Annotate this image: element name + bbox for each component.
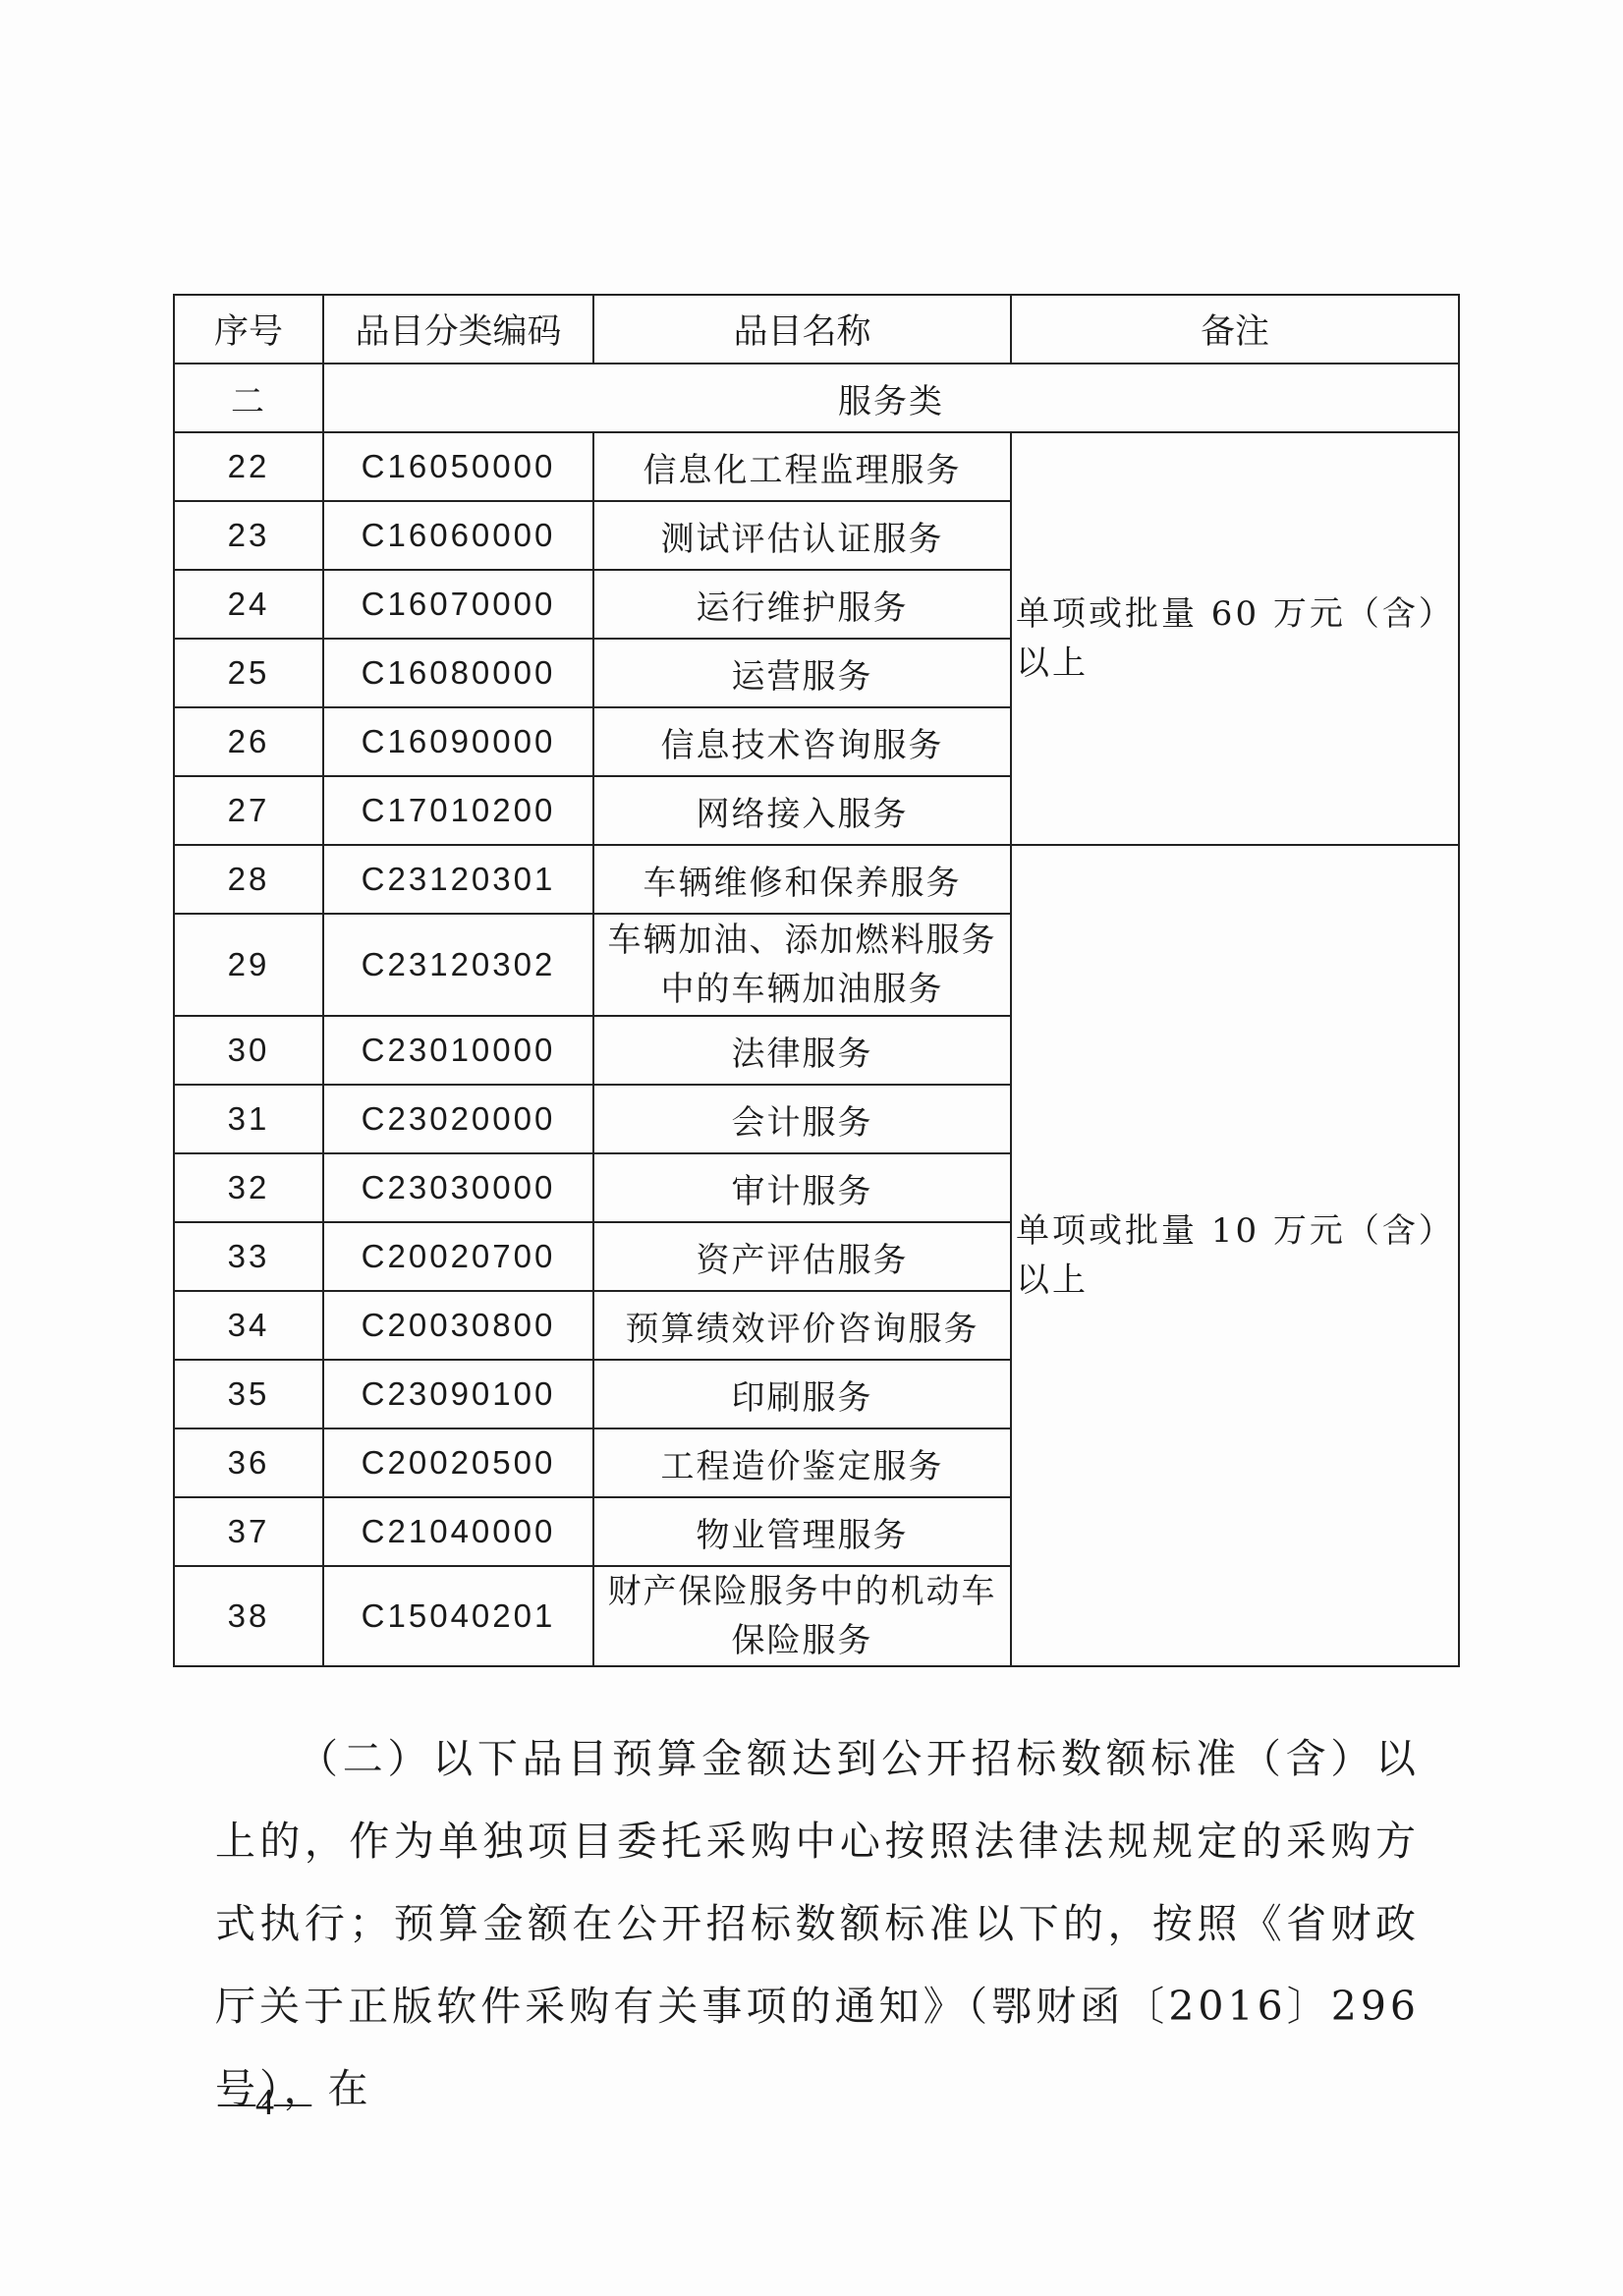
- row-name: 印刷服务: [593, 1360, 1011, 1428]
- header-category-code: 品目分类编码: [323, 295, 593, 364]
- row-serial: 32: [174, 1153, 323, 1222]
- row-name: 资产评估服务: [593, 1222, 1011, 1291]
- row-code: C23090100: [323, 1360, 593, 1428]
- row-name: 工程造价鉴定服务: [593, 1428, 1011, 1497]
- row-serial: 36: [174, 1428, 323, 1497]
- row-serial: 29: [174, 914, 323, 1016]
- row-code: C23120302: [323, 914, 593, 1016]
- row-name: 会计服务: [593, 1085, 1011, 1153]
- section-row: 二 服务类: [174, 364, 1459, 432]
- row-name: 车辆维修和保养服务: [593, 845, 1011, 914]
- row-name: 信息化工程监理服务: [593, 432, 1011, 501]
- row-name: 信息技术咨询服务: [593, 707, 1011, 776]
- row-serial: 38: [174, 1566, 323, 1666]
- row-serial: 35: [174, 1360, 323, 1428]
- row-name: 财产保险服务中的机动车保险服务: [593, 1566, 1011, 1666]
- body-paragraph: （二）以下品目预算金额达到公开招标数额标准（含）以上的，作为单独项目委托采购中心…: [215, 1717, 1420, 2130]
- row-name: 车辆加油、添加燃料服务中的车辆加油服务: [593, 914, 1011, 1016]
- row-name: 法律服务: [593, 1016, 1011, 1085]
- row-code: C23120301: [323, 845, 593, 914]
- section-index: 二: [174, 364, 323, 432]
- row-serial: 28: [174, 845, 323, 914]
- row-serial: 22: [174, 432, 323, 501]
- row-name: 预算绩效评价咨询服务: [593, 1291, 1011, 1360]
- row-serial: 33: [174, 1222, 323, 1291]
- row-name: 审计服务: [593, 1153, 1011, 1222]
- page-number: —4—: [218, 2081, 311, 2124]
- row-serial: 26: [174, 707, 323, 776]
- row-code: C20020700: [323, 1222, 593, 1291]
- procurement-items-table: 序号 品目分类编码 品目名称 备注 二 服务类 22 C16050000 信息化…: [173, 294, 1460, 1667]
- row-serial: 37: [174, 1497, 323, 1566]
- header-serial: 序号: [174, 295, 323, 364]
- row-serial: 24: [174, 570, 323, 639]
- row-code: C16060000: [323, 501, 593, 570]
- row-serial: 31: [174, 1085, 323, 1153]
- row-serial: 30: [174, 1016, 323, 1085]
- table-header-row: 序号 品目分类编码 品目名称 备注: [174, 295, 1459, 364]
- row-code: C15040201: [323, 1566, 593, 1666]
- row-name: 测试评估认证服务: [593, 501, 1011, 570]
- document-page: 序号 品目分类编码 品目名称 备注 二 服务类 22 C16050000 信息化…: [0, 0, 1623, 2296]
- section-title: 服务类: [323, 364, 1459, 432]
- row-code: C23030000: [323, 1153, 593, 1222]
- group-note: 单项或批量 10 万元（含）以上: [1011, 845, 1459, 1666]
- paragraph-text: （二）以下品目预算金额达到公开招标数额标准（含）以上的，作为单独项目委托采购中心…: [215, 1717, 1420, 2130]
- row-code: C23020000: [323, 1085, 593, 1153]
- row-code: C16050000: [323, 432, 593, 501]
- header-item-name: 品目名称: [593, 295, 1011, 364]
- row-serial: 27: [174, 776, 323, 845]
- group-note: 单项或批量 60 万元（含）以上: [1011, 432, 1459, 845]
- header-remarks: 备注: [1011, 295, 1459, 364]
- row-serial: 34: [174, 1291, 323, 1360]
- table-row: 28 C23120301 车辆维修和保养服务 单项或批量 10 万元（含）以上: [174, 845, 1459, 914]
- row-code: C20020500: [323, 1428, 593, 1497]
- row-code: C16080000: [323, 639, 593, 707]
- row-name: 运营服务: [593, 639, 1011, 707]
- row-code: C20030800: [323, 1291, 593, 1360]
- row-serial: 25: [174, 639, 323, 707]
- row-name: 物业管理服务: [593, 1497, 1011, 1566]
- row-name: 网络接入服务: [593, 776, 1011, 845]
- row-name: 运行维护服务: [593, 570, 1011, 639]
- table-row: 22 C16050000 信息化工程监理服务 单项或批量 60 万元（含）以上: [174, 432, 1459, 501]
- row-code: C23010000: [323, 1016, 593, 1085]
- row-code: C21040000: [323, 1497, 593, 1566]
- row-code: C16070000: [323, 570, 593, 639]
- row-code: C17010200: [323, 776, 593, 845]
- row-serial: 23: [174, 501, 323, 570]
- row-code: C16090000: [323, 707, 593, 776]
